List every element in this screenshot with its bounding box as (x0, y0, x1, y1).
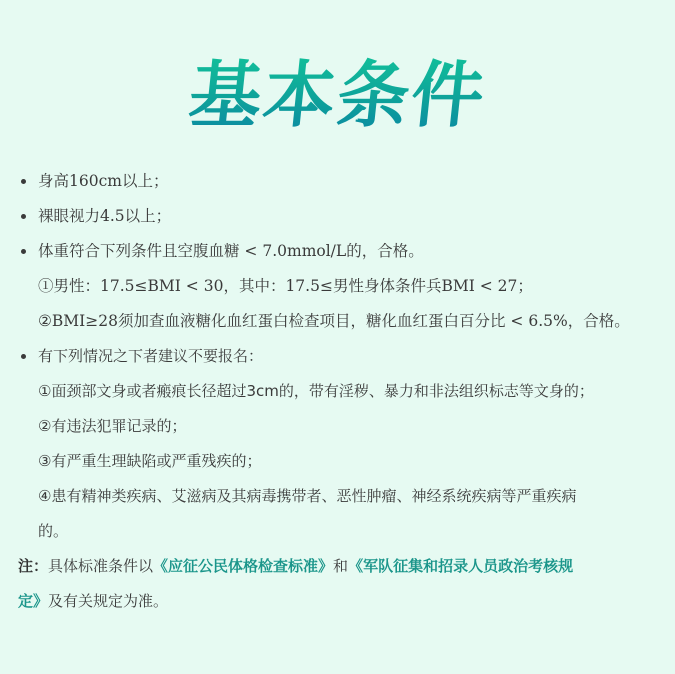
note-label: 注： (18, 557, 48, 575)
note-middle: 和 (333, 557, 348, 575)
item-text: 裸眼视力4.5以上； (38, 201, 171, 231)
item-text: 体重符合下列条件且空腹血糖 < 7.0mmol/L的，合格。 (38, 236, 424, 266)
item-text: ①面颈部文身或者瘢痕长径超过3cm的，带有淫秽、暴力和非法组织标志等文身的； (38, 376, 594, 406)
item-text: 的。 (38, 516, 68, 546)
standard-link-physical-exam[interactable]: 《应征公民体格检查标准》 (153, 557, 333, 575)
sub-item: ②有违法犯罪记录的； (0, 411, 675, 446)
requirements-content: 身高160cm以上； 裸眼视力4.5以上； 体重符合下列条件且空腹血糖 < 7.… (0, 166, 675, 621)
list-item: 身高160cm以上； (0, 166, 675, 201)
page: 基本条件 身高160cm以上； 裸眼视力4.5以上； 体重符合下列条件且空腹血糖… (0, 0, 675, 674)
item-text: ②BMI≥28须加查血液糖化血红蛋白检查项目，糖化血红蛋白百分比 < 6.5%，… (38, 306, 630, 336)
note-prefix: 具体标准条件以 (48, 557, 153, 575)
sub-item: 的。 (0, 516, 675, 551)
sub-item: ②BMI≥28须加查血液糖化血红蛋白检查项目，糖化血红蛋白百分比 < 6.5%，… (0, 306, 675, 341)
note-suffix: 及有关规定为准。 (48, 592, 168, 610)
item-text: 有下列情况之下者建议不要报名： (38, 341, 263, 371)
sub-item: ①面颈部文身或者瘢痕长径超过3cm的，带有淫秽、暴力和非法组织标志等文身的； (0, 376, 675, 411)
note-line-1: 注：具体标准条件以《应征公民体格检查标准》和《军队征集和招录人员政治考核规 (0, 551, 675, 586)
bullet-icon (21, 249, 26, 254)
bullet-icon (21, 354, 26, 359)
bullet-icon (21, 179, 26, 184)
bullet-icon (21, 214, 26, 219)
sub-item: ④患有精神类疾病、艾滋病及其病毒携带者、恶性肿瘤、神经系统疾病等严重疾病 (0, 481, 675, 516)
item-text: ②有违法犯罪记录的； (38, 411, 186, 441)
standard-link-political-review-cont[interactable]: 定》 (18, 592, 48, 610)
item-text: ③有严重生理缺陷或严重残疾的； (38, 446, 261, 476)
note-line-2: 定》及有关规定为准。 (0, 586, 675, 621)
item-text: ④患有精神类疾病、艾滋病及其病毒携带者、恶性肿瘤、神经系统疾病等严重疾病 (38, 481, 576, 511)
sub-item: ①男性：17.5≤BMI < 30，其中：17.5≤男性身体条件兵BMI < 2… (0, 271, 675, 306)
page-title: 基本条件 (0, 52, 675, 138)
standard-link-political-review[interactable]: 《军队征集和招录人员政治考核规 (348, 557, 573, 575)
list-item: 裸眼视力4.5以上； (0, 201, 675, 236)
list-item: 有下列情况之下者建议不要报名： (0, 341, 675, 376)
item-text: 身高160cm以上； (38, 166, 168, 196)
item-text: ①男性：17.5≤BMI < 30，其中：17.5≤男性身体条件兵BMI < 2… (38, 271, 533, 301)
list-item: 体重符合下列条件且空腹血糖 < 7.0mmol/L的，合格。 (0, 236, 675, 271)
sub-item: ③有严重生理缺陷或严重残疾的； (0, 446, 675, 481)
